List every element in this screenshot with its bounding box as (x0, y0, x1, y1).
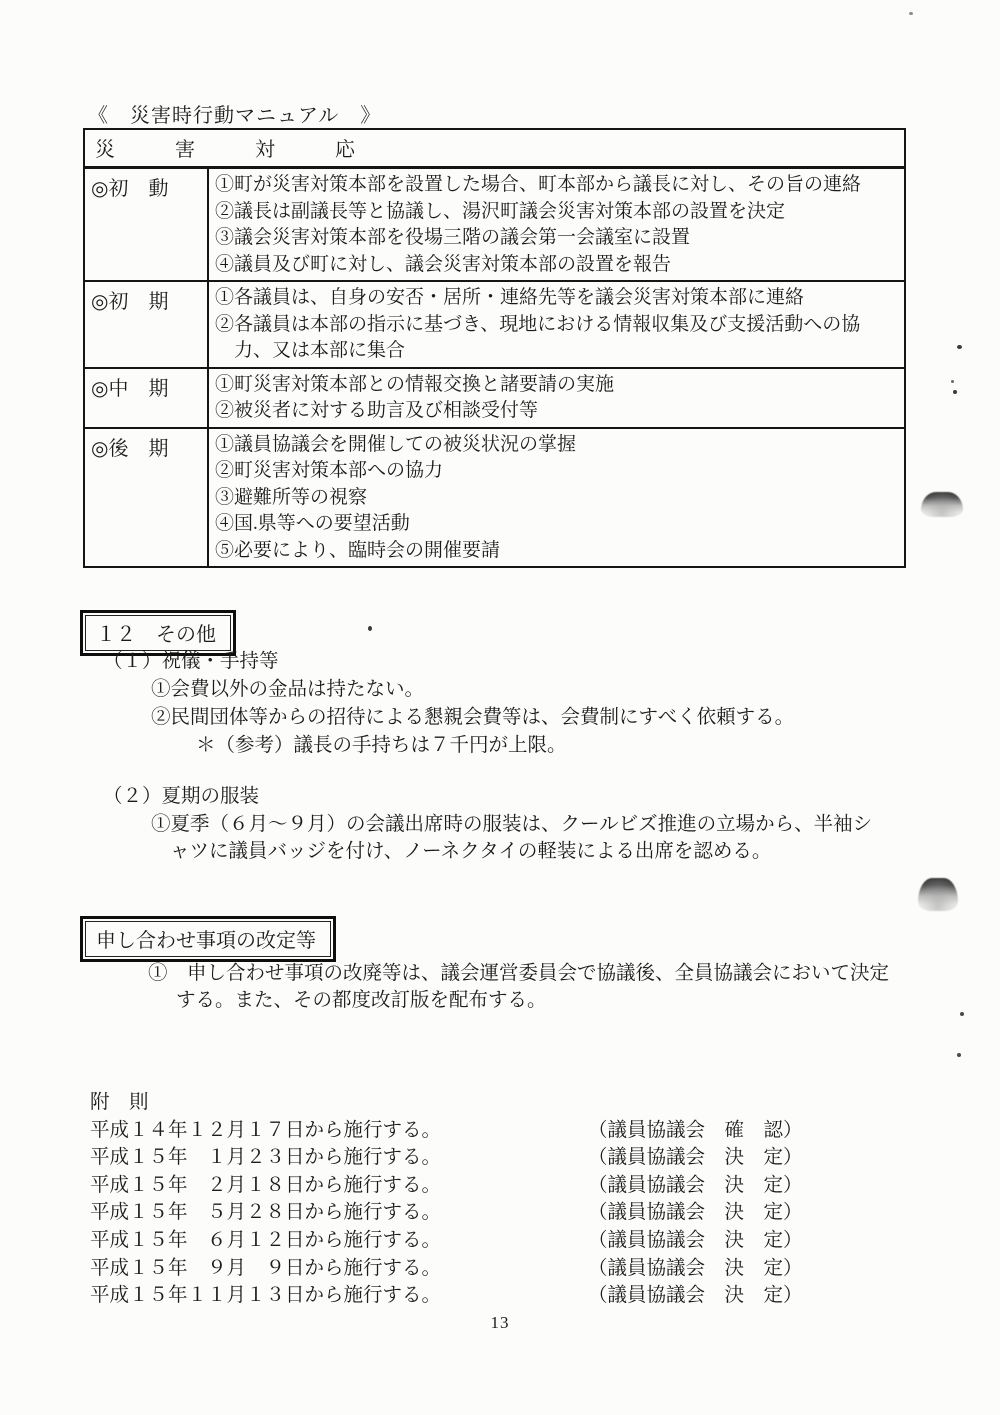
table-row-middle-period: ◎中 期 ①町災害対策本部との情報交換と諸要請の実施 ②被災者に対する助言及び相… (84, 368, 905, 428)
subsection-1-item: ①会費以外の金品は持たない。 (151, 676, 424, 703)
revision-section-box: 申し合わせ事項の改定等 (80, 916, 336, 962)
document-page: 《 災害時行動マニュアル 》 災 害 対 応 ◎初 動 ①町が災害対策本部を設置… (0, 0, 1000, 1415)
phase-label: ◎初 動 (84, 168, 208, 282)
subsection-1-heading: （１）祝儀・手持等 (103, 648, 279, 675)
scan-artifact-speck (960, 1012, 964, 1016)
revision-item: ① 申し合わせ事項の改廃等は、議会運営委員会で協議後、全員協議会において決定 す… (148, 960, 946, 1014)
phase-label: ◎初 期 (84, 281, 208, 368)
table-item: ④国.県等への要望活動 (215, 511, 898, 538)
enforcement-date: 平成１５年 ６月１２日から施行する。 (90, 1227, 588, 1255)
enforcement-date: 平成１５年 ５月２８日から施行する。 (90, 1199, 588, 1227)
enforcement-date: 平成１５年 ９月 ９日から施行する。 (90, 1255, 588, 1283)
table-item: ①町災害対策本部との情報交換と諸要請の実施 (215, 372, 898, 399)
phase-label: ◎後 期 (84, 428, 208, 568)
table-item: ①各議員は、自身の安否・居所・連絡先等を議会災害対策本部に連絡 (215, 285, 898, 312)
table-header-row: 災 害 対 応 (84, 129, 905, 168)
page-number: 13 (0, 1313, 1000, 1333)
appendix-entry: 平成１５年１１月１３日から施行する。 （議員協議会 決 定） (90, 1282, 803, 1310)
decision-note: （議員協議会 決 定） (588, 1255, 803, 1283)
scan-artifact-speck (957, 345, 962, 349)
scan-artifact-crescent (918, 878, 958, 911)
appendix-entry: 平成１５年 ９月 ９日から施行する。 （議員協議会 決 定） (90, 1255, 803, 1283)
table-item: ②議長は副議長等と協議し、湯沢町議会災害対策本部の設置を決定 (215, 199, 898, 226)
table-row-late-period: ◎後 期 ①議員協議会を開催しての被災状況の掌握 ②町災害対策本部への協力 ③避… (84, 428, 905, 568)
enforcement-date: 平成１４年１２月１７日から施行する。 (90, 1117, 588, 1145)
phase-label: ◎中 期 (84, 368, 208, 428)
decision-note: （議員協議会 決 定） (588, 1199, 803, 1227)
subsection-2-item: ①夏季（６月～９月）の会議出席時の服装は、クールビズ推進の立場から、半袖シ ャツ… (151, 811, 930, 865)
revision-section-heading: 申し合わせ事項の改定等 (85, 921, 331, 957)
table-item: ②各議員は本部の指示に基づき、現地における情報収集及び支援活動への協 力、又は本… (215, 312, 898, 365)
decision-note: （議員協議会 決 定） (588, 1144, 803, 1172)
scan-artifact-crescent (921, 492, 963, 517)
table-row-early-period: ◎初 期 ①各議員は、自身の安否・居所・連絡先等を議会災害対策本部に連絡 ②各議… (84, 281, 905, 368)
table-item: ③避難所等の視察 (215, 485, 898, 512)
appendix-entry: 平成１５年 １月２３日から施行する。 （議員協議会 決 定） (90, 1144, 803, 1172)
appendix-entry: 平成１５年 ２月１８日から施行する。 （議員協議会 決 定） (90, 1172, 803, 1200)
enforcement-date: 平成１５年１１月１３日から施行する。 (90, 1282, 588, 1310)
phase-items: ①町が災害対策本部を設置した場合、町本部から議長に対し、その旨の連絡 ②議長は副… (208, 168, 905, 282)
decision-note: （議員協議会 決 定） (588, 1172, 803, 1200)
phase-items: ①町災害対策本部との情報交換と諸要請の実施 ②被災者に対する助言及び相談受付等 (208, 368, 905, 428)
table-item: ⑤必要により、臨時会の開催要請 (215, 538, 898, 565)
section-12-heading: １２ その他 (85, 615, 231, 651)
table-item: ④議員及び町に対し、議会災害対策本部の設置を報告 (215, 252, 898, 279)
table-item: ①町が災害対策本部を設置した場合、町本部から議長に対し、その旨の連絡 (215, 172, 898, 199)
decision-note: （議員協議会 決 定） (588, 1227, 803, 1255)
phase-items: ①各議員は、自身の安否・居所・連絡先等を議会災害対策本部に連絡 ②各議員は本部の… (208, 281, 905, 368)
table-item: ③議会災害対策本部を役場三階の議会第一会議室に設置 (215, 225, 898, 252)
decision-note: （議員協議会 決 定） (588, 1282, 803, 1310)
table-item: ①議員協議会を開催しての被災状況の掌握 (215, 432, 898, 459)
disaster-response-table: 災 害 対 応 ◎初 動 ①町が災害対策本部を設置した場合、町本部から議長に対し… (83, 128, 906, 568)
scan-artifact-speck (951, 380, 954, 383)
table-row-initial-action: ◎初 動 ①町が災害対策本部を設置した場合、町本部から議長に対し、その旨の連絡 … (84, 168, 905, 282)
appendix-heading: 附 則 (90, 1089, 803, 1117)
scan-artifact-speck (368, 626, 372, 631)
subsection-2-heading: （２）夏期の服装 (103, 783, 259, 810)
scan-artifact-speck (909, 12, 913, 15)
enforcement-date: 平成１５年 ２月１８日から施行する。 (90, 1172, 588, 1200)
table-item: ②町災害対策本部への協力 (215, 458, 898, 485)
appendix-entry: 平成１４年１２月１７日から施行する。 （議員協議会 確 認） (90, 1117, 803, 1145)
appendix-entry: 平成１５年 ５月２８日から施行する。 （議員協議会 決 定） (90, 1199, 803, 1227)
scan-artifact-speck (953, 390, 957, 394)
decision-note: （議員協議会 確 認） (588, 1117, 803, 1145)
scan-artifact-speck (957, 1053, 961, 1057)
page-title: 《 災害時行動マニュアル 》 (88, 99, 381, 128)
subsection-1-item: ②民間団体等からの招待による懇親会費等は、会費制にすべく依頼する。 (151, 704, 794, 731)
table-item: ②被災者に対する助言及び相談受付等 (215, 398, 898, 425)
appendix-entry: 平成１５年 ６月１２日から施行する。 （議員協議会 決 定） (90, 1227, 803, 1255)
phase-items: ①議員協議会を開催しての被災状況の掌握 ②町災害対策本部への協力 ③避難所等の視… (208, 428, 905, 568)
subsection-1-note: ＊（参考）議長の手持ちは７千円が上限。 (196, 732, 567, 759)
table-header: 災 害 対 応 (84, 129, 905, 168)
enforcement-date: 平成１５年 １月２３日から施行する。 (90, 1144, 588, 1172)
appendix: 附 則 平成１４年１２月１７日から施行する。 （議員協議会 確 認） 平成１５年… (90, 1089, 803, 1310)
